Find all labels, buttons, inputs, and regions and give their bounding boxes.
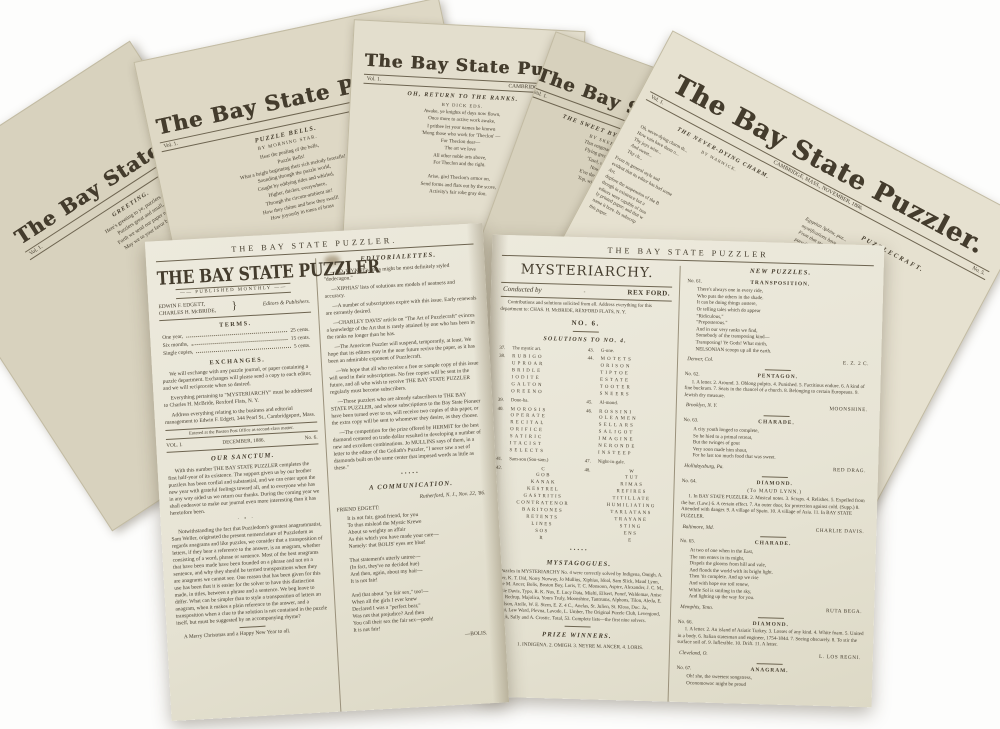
editorialette-item: —The competition for the prize offered b…	[332, 422, 486, 472]
conducted-by-label: Conducted by	[503, 285, 542, 295]
solution-diamond: C GOB KANAK KESTREL GASTRITIS CONTRATENO…	[507, 466, 579, 544]
puzzle-verse: Oh! she, the sweetest songstress, Oconom…	[686, 675, 862, 693]
solution-value: Al-mond.	[599, 401, 669, 409]
mystagogues-body: Puzzles in MYSTERIARCHY No. 4 were corre…	[492, 569, 664, 626]
open-page-right: THE BAY STATE PUZZLER MYSTERIARCHY. Cond…	[480, 235, 885, 708]
solutions-col-1: 37.The mystic art. 38.RUBIGO UPROAR BRID…	[494, 346, 582, 546]
puzzle-place: Memphis, Tenn.	[680, 604, 713, 612]
puzzle-64: No. 64.DIAMOND. (To MAUD LYNN.) 1. In BA…	[680, 478, 867, 536]
solution-word-square: MOTETS ORISON TIPTOE ESTATE TOOTER SNEER…	[600, 357, 671, 401]
puzzle-type: CHARADE.	[713, 418, 839, 429]
puzzle-author: RED DRAG.	[833, 467, 866, 475]
puzzle-place: Hollidaysburg, Pa.	[684, 463, 724, 471]
dot-leader	[196, 347, 291, 353]
communication-poem: It is not fair, good friend, for you To …	[347, 508, 495, 635]
puzzle-number: No. 66.	[678, 620, 708, 627]
mysteriarchy-column: MYSTERIARCHY. Conducted by - REX FORD. C…	[489, 261, 672, 707]
prize-winners-list: 1. INDIGENA. 2. OMIGH. 3. NEYRE M. ANCER…	[491, 641, 662, 652]
puzzle-clues: 1. In BAY STATE PUZZLER. 2. Musical note…	[681, 494, 868, 526]
new-puzzles-column: NEW PUZZLES. No. 61.TRANSPOSITION. There…	[667, 266, 873, 708]
photo-of-periodicals: The Bay State Puzzler. Vol. 1. CAMBRIDGE…	[0, 0, 1000, 729]
solutions-col-2: 43.G-one. 44.MOTETS ORISON TIPTOE ESTATE…	[582, 348, 670, 548]
editorialette-item: —Those puzzlers who are already subscrib…	[330, 391, 483, 427]
term-label: One year,	[162, 334, 183, 342]
masthead-column: THE BAY STATE PUZZLER —— PUBLISHED MONTH…	[156, 259, 333, 721]
term-label: Single copies,	[163, 349, 194, 358]
dash: -	[584, 289, 586, 296]
solution-number: 38.	[498, 354, 512, 396]
editors-role: Editors & Publishers.	[237, 299, 310, 310]
puzzle-number: No. 64.	[682, 479, 712, 486]
puzzle-66: No. 66.DIAMOND. 1. A letter. 2. An islan…	[677, 619, 864, 662]
mysteriarchy-heading: MYSTERIARCHY.	[501, 261, 673, 284]
puzzle-clues: 1. A letter. 2. An island of Asiatic Tur…	[677, 627, 863, 652]
puzzle-author: CHARLIE DAVIS.	[816, 527, 865, 535]
term-value: 15 cents.	[291, 334, 311, 342]
puzzle-type: CHARADE.	[710, 539, 836, 550]
puzzle-type: ANAGRAM.	[706, 666, 832, 677]
solution-number: 41.	[496, 457, 509, 464]
department-note: Contributions and solutions solicited fr…	[500, 300, 671, 318]
puzzle-verse: A city youth longed to complete, So he h…	[692, 427, 869, 465]
vol-label: Vol. 1.	[163, 141, 178, 150]
solution-number: 45.	[586, 400, 599, 407]
puzzle-67: No. 67.ANAGRAM. Oh! she, the sweetest so…	[676, 665, 862, 693]
puzzle-author: E. Z. 2 C.	[843, 361, 869, 369]
open-page-left: THE BAY STATE PUZZLER. THE BAY STATE PUZ…	[145, 223, 509, 721]
vol-label: Vol. 1.	[649, 94, 665, 106]
solution-number: 39.	[498, 398, 511, 405]
solution-value: Sam-son (Son-sam.)	[509, 457, 579, 465]
editor-names: EDWIN F. EDGETT, CHARLES H. McBRIDE,	[158, 300, 232, 318]
issue-no-heading: NO. 6.	[500, 317, 671, 331]
solution-value: The mystic art.	[512, 346, 582, 354]
solution-diamond: W TUT RIMAS REFIRES TITILLATE HUMILIATIN…	[595, 468, 667, 546]
puzzle-place: Brooklyn, N. Y.	[686, 403, 717, 411]
conductor-name: REX FORD.	[627, 288, 670, 298]
term-value: 5 cents.	[294, 342, 311, 350]
puzzle-verse: There's always one in every ride, Who pu…	[695, 288, 873, 359]
sanctum-paragraph: Notwithstanding the fact that Puzzledom'…	[171, 521, 328, 628]
puzzle-63: No. 63.CHARADE. A city youth longed to c…	[682, 417, 869, 475]
solution-value: Night-in-gale.	[598, 460, 668, 468]
holiday-greeting: A Merry Christmas and a Happy New Year t…	[177, 626, 329, 641]
solution-number: 37.	[499, 346, 512, 353]
puzzle-verse: At two of one when in the East, The sun …	[688, 548, 865, 606]
puzzle-number: No. 61.	[687, 279, 717, 286]
vol-label: Vol. 1.	[532, 89, 548, 100]
sanctum-paragraph: With this number THE BAY STATE PUZZLER c…	[168, 461, 322, 518]
solution-value: G-one.	[601, 349, 671, 357]
issue-number: No. 6.	[305, 434, 318, 441]
vol-label: Vol. 1.	[28, 244, 43, 257]
puzzle-author: RUTA BEGA.	[826, 608, 862, 616]
puzzle-place: Baltimore, Md.	[682, 524, 714, 532]
puzzle-number: No. 63.	[683, 418, 713, 425]
solution-value: Done-ba.	[511, 398, 581, 406]
puzzle-place: Denver, Col.	[687, 356, 713, 364]
puzzle-62: No. 62.PENTAGON. 1. A letter. 2. Around.…	[684, 371, 871, 414]
puzzle-clues: 1. A letter. 2. Around. 3. Oblong pulpit…	[684, 380, 870, 405]
puzzle-number: No. 62.	[685, 372, 715, 379]
puzzle-type: TRANSPOSITION.	[717, 279, 843, 290]
solution-word-square: ROSSINI OLEAMEN SELLARS SALIGOT IMAGINE …	[598, 409, 669, 460]
puzzle-author: MOONSHINE.	[829, 407, 868, 415]
term-value: 25 cents.	[290, 326, 310, 334]
puzzle-number: No. 67.	[676, 666, 706, 673]
volume-label: VOL. I.	[166, 442, 183, 450]
solution-word-square: RUBIGO UPROAR BRIDLE IODITE GALTON OREEN…	[511, 355, 582, 399]
puzzle-number: No. 65.	[680, 539, 710, 546]
editorialette-item: —We hope that all who receive a free or …	[329, 360, 482, 396]
term-label: Six months,	[163, 341, 189, 349]
vol-label: Vol. 1.	[367, 76, 382, 83]
puzzle-author: L. LOS REGNI.	[819, 654, 861, 662]
solution-number: 47.	[585, 459, 598, 466]
puzzle-61: No. 61.TRANSPOSITION. There's always one…	[685, 278, 873, 369]
issue-date: DECEMBER, 1886.	[222, 437, 265, 446]
editorialettes-column: EDITORIALETTES. —ED. WYNNE's cross might…	[315, 249, 500, 721]
puzzle-65: No. 65.CHARADE. At two of one when in th…	[678, 538, 866, 615]
puzzle-place: Cleveland, O.	[679, 650, 708, 658]
issue-number-label: No. 5.	[971, 265, 986, 277]
solution-word-square: MOROSIS OPERATE RECITAL ORIFICE SATIRIC …	[509, 407, 580, 458]
solution-number: 43.	[588, 348, 601, 355]
solution-number: 44.	[587, 357, 601, 399]
